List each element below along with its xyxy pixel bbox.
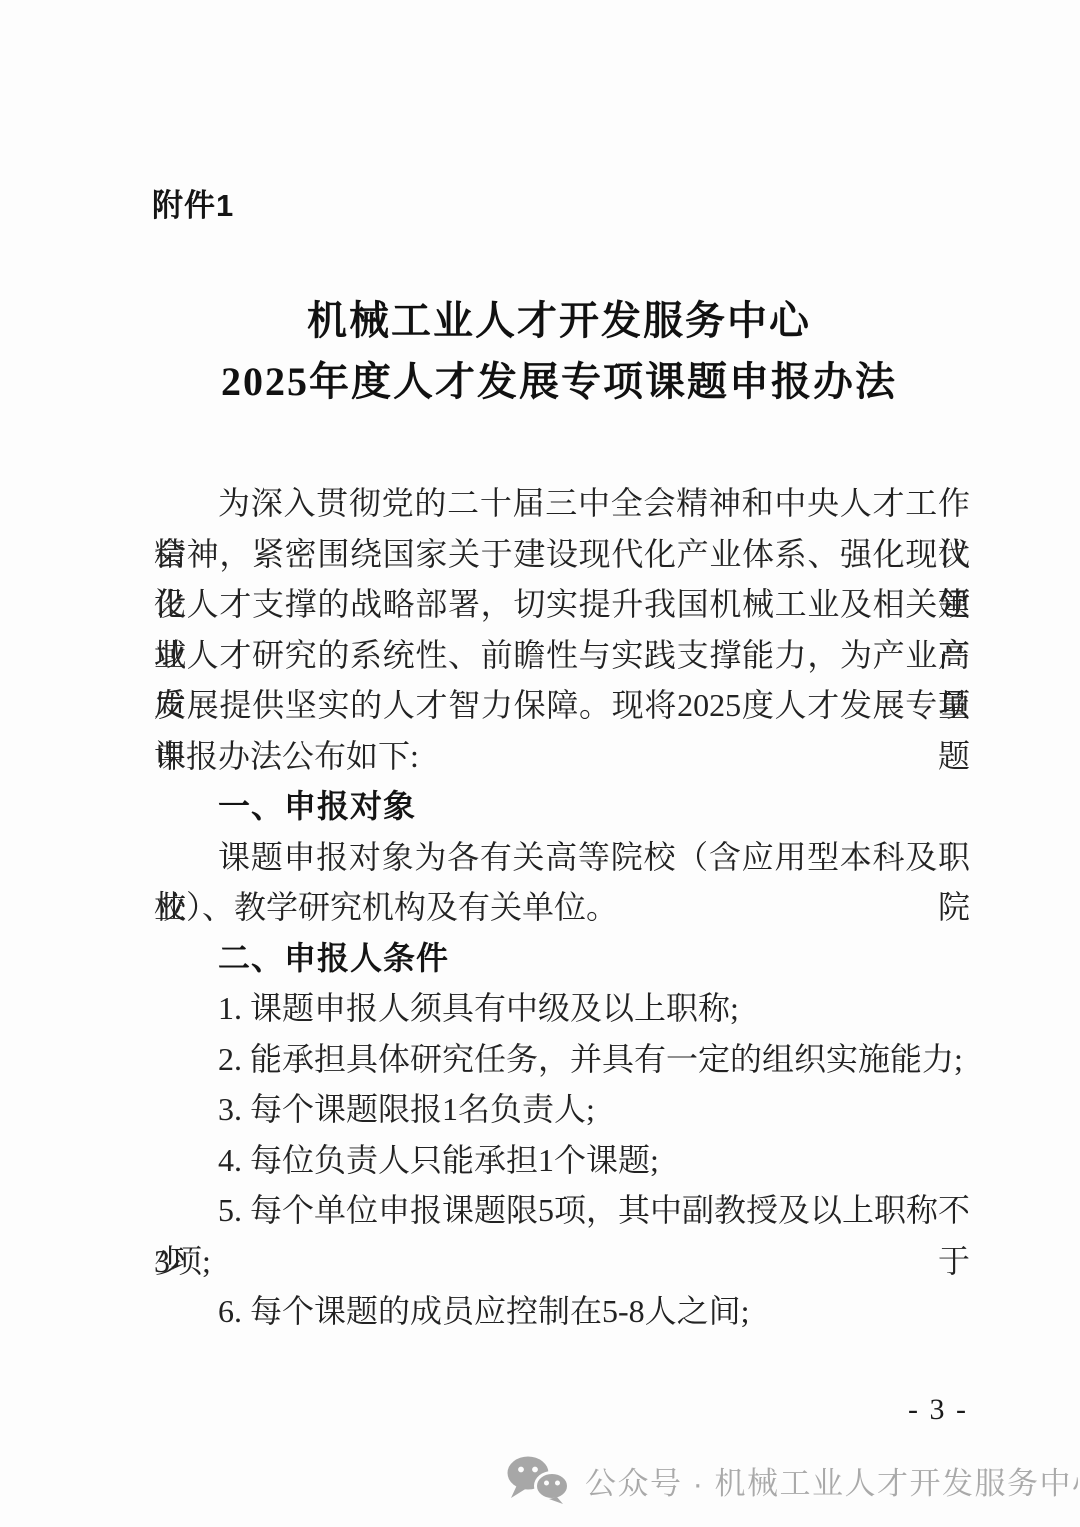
body-line: 业人才研究的系统性、前瞻性与实践支撑能力，为产业高质量 bbox=[154, 630, 970, 681]
body-line: 6. 每个课题的成员应控制在5-8人之间; bbox=[154, 1286, 970, 1337]
document-title-line1: 机械工业人才开发服务中心 bbox=[19, 290, 1080, 351]
page-number: - 3 - bbox=[908, 1393, 968, 1427]
body-line: 设人才支撑的战略部署，切实提升我国机械工业及相关领域产 bbox=[154, 579, 970, 630]
attachment-label: 附件1 bbox=[152, 180, 234, 225]
body-line: 2. 能承担具体研究任务，并具有一定的组织实施能力; bbox=[154, 1034, 970, 1085]
footer-watermark: 公众号 · 机械工业人才开发服务中心 bbox=[505, 1456, 1080, 1504]
body-line: 发展提供坚实的人才智力保障。现将2025度人才发展专项课题 bbox=[154, 680, 970, 731]
document-title-line2: 2025年度人才发展专项课题申报办法 bbox=[19, 351, 1080, 412]
section-heading: 一、申报对象 bbox=[154, 781, 970, 832]
body-line: 为深入贯彻党的二十届三中全会精神和中央人才工作会议 bbox=[154, 478, 970, 529]
body-line: 4. 每位负责人只能承担1个课题; bbox=[154, 1135, 970, 1186]
body-line: 课题申报对象为各有关高等院校（含应用型本科及职业院 bbox=[154, 832, 970, 883]
body-line: 5. 每个单位申报课题限5项，其中副教授及以上职称不少于 bbox=[154, 1185, 970, 1236]
body-line: 精神，紧密围绕国家关于建设现代化产业体系、强化现代化建 bbox=[154, 529, 970, 580]
document-body: 为深入贯彻党的二十届三中全会精神和中央人才工作会议精神，紧密围绕国家关于建设现代… bbox=[154, 478, 970, 1337]
body-line: 3. 每个课题限报1名负责人; bbox=[154, 1084, 970, 1135]
document-page: 附件1 机械工业人才开发服务中心 2025年度人才发展专项课题申报办法 为深入贯… bbox=[0, 0, 1080, 1527]
section-heading: 二、申报人条件 bbox=[154, 933, 970, 984]
wechat-icon bbox=[505, 1456, 573, 1504]
footer-watermark-text: 公众号 · 机械工业人才开发服务中心 bbox=[585, 1458, 1080, 1503]
body-line: 1. 课题申报人须具有中级及以上职称; bbox=[154, 983, 970, 1034]
document-title: 机械工业人才开发服务中心 2025年度人才发展专项课题申报办法 bbox=[19, 290, 1080, 412]
